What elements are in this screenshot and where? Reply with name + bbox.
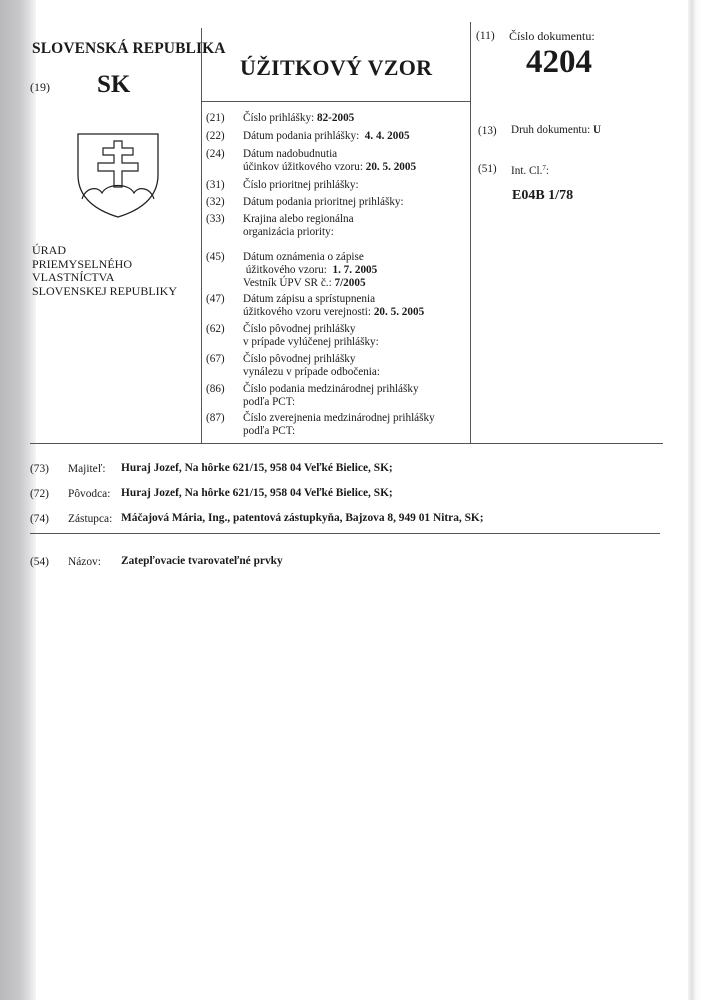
office-line: VLASTNÍCTVA bbox=[32, 271, 177, 285]
office-name: ÚRAD PRIEMYSELNÉHO VLASTNÍCTVA SLOVENSKE… bbox=[32, 244, 177, 298]
name-label: Názov: bbox=[68, 556, 101, 568]
divider bbox=[201, 28, 202, 444]
country-code-field: (19) bbox=[30, 80, 50, 95]
divider bbox=[30, 443, 663, 444]
document-number-label: Číslo dokumentu: bbox=[509, 29, 595, 44]
office-line: PRIEMYSELNÉHO bbox=[32, 258, 177, 272]
representative-value: Máčajová Mária, Ing., patentová zástupky… bbox=[121, 512, 484, 524]
int-cl-code: (51) bbox=[478, 163, 497, 176]
country-code: SK bbox=[97, 71, 130, 99]
country-name: SLOVENSKÁ REPUBLIKA bbox=[32, 40, 226, 58]
doc-type: Druh dokumentu: U bbox=[511, 124, 601, 137]
party-label: Zástupca: bbox=[68, 513, 112, 525]
inventor-value: Huraj Jozef, Na hôrke 621/15, 958 04 Veľ… bbox=[121, 487, 393, 499]
divider bbox=[30, 533, 660, 534]
party-label: Majiteľ: bbox=[68, 463, 106, 475]
document-number: 4204 bbox=[526, 44, 592, 81]
int-cl-label: Int. Cl.7: bbox=[511, 162, 549, 178]
party-code: (72) bbox=[30, 488, 49, 500]
office-line: SLOVENSKEJ REPUBLIKY bbox=[32, 285, 177, 299]
owner-value: Huraj Jozef, Na hôrke 621/15, 958 04 Veľ… bbox=[121, 462, 393, 474]
page-edge bbox=[688, 0, 701, 1000]
party-code: (73) bbox=[30, 463, 49, 475]
party-label: Pôvodca: bbox=[68, 488, 110, 500]
int-cl-value: E04B 1/78 bbox=[512, 188, 573, 204]
name-code: (54) bbox=[30, 556, 49, 568]
divider bbox=[201, 101, 470, 102]
slovak-coat-of-arms-icon bbox=[76, 131, 160, 219]
utility-model-name: Zatepľovacie tvarovateľné prvky bbox=[121, 555, 283, 567]
office-line: ÚRAD bbox=[32, 244, 177, 258]
party-code: (74) bbox=[30, 513, 49, 525]
document-number-field: (11) bbox=[476, 30, 495, 42]
document-type-title: ÚŽITKOVÝ VZOR bbox=[240, 55, 432, 81]
doc-type-code: (13) bbox=[478, 125, 497, 138]
binding-shadow bbox=[0, 0, 36, 1000]
